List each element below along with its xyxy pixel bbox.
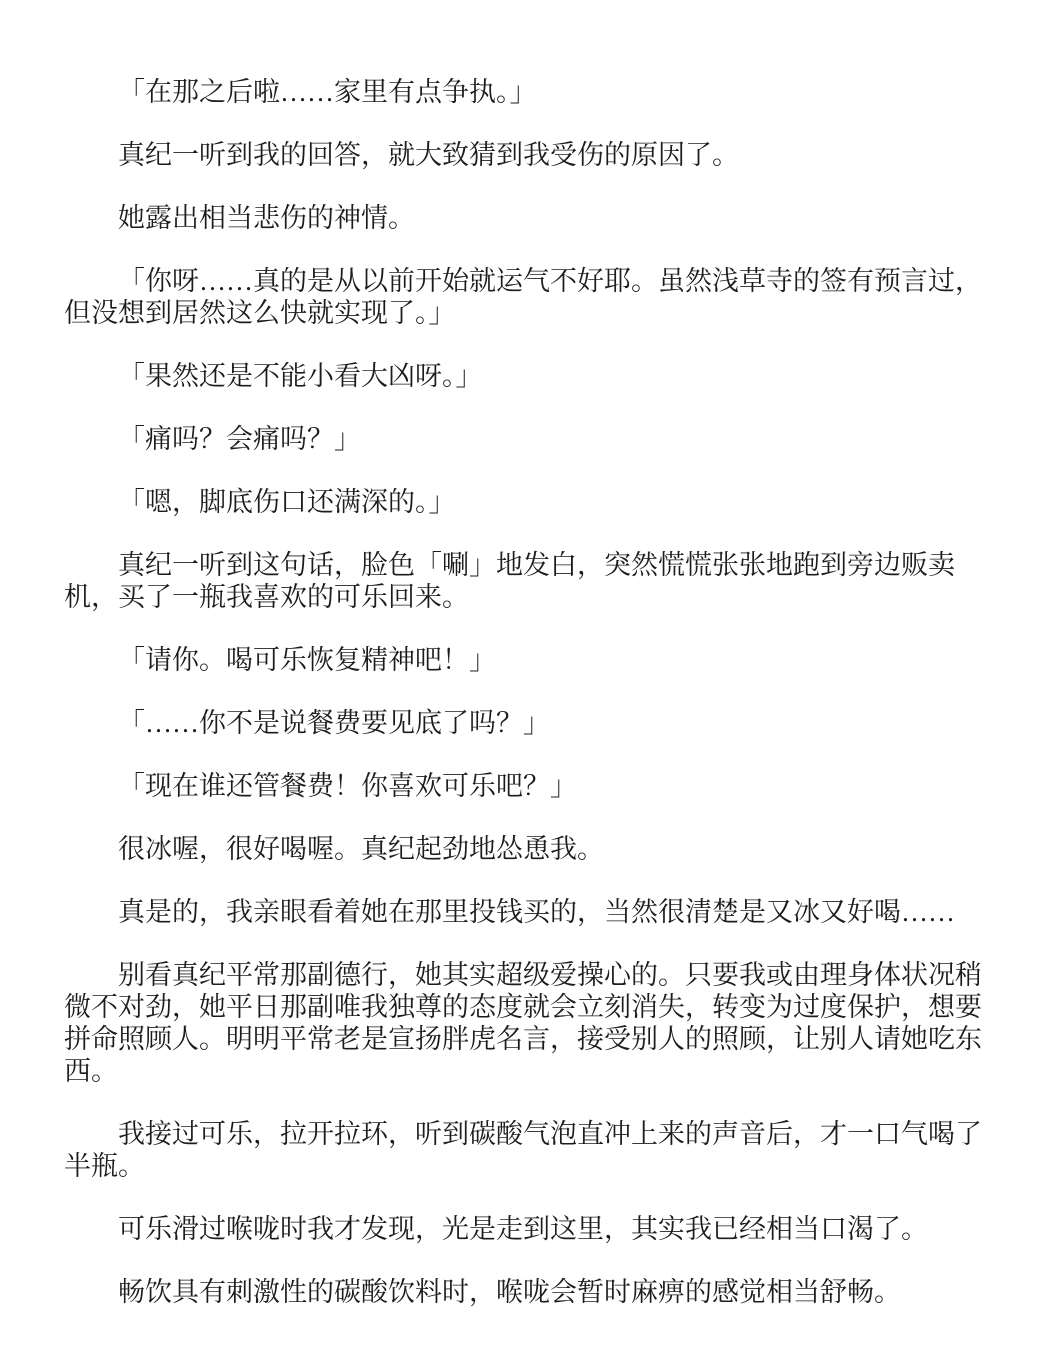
paragraph: 「果然还是不能小看大凶呀。」: [64, 360, 982, 392]
paragraph: 「在那之后啦……家里有点争执。」: [64, 76, 982, 108]
paragraph: 「现在谁还管餐费！你喜欢可乐吧？」: [64, 770, 982, 802]
paragraph: 「请你。喝可乐恢复精神吧！」: [64, 644, 982, 676]
paragraph: 我接过可乐，拉开拉环，听到碳酸气泡直冲上来的声音后，才一口气喝了半瓶。: [64, 1118, 982, 1182]
paragraph: 畅饮具有刺激性的碳酸饮料时，喉咙会暂时麻痹的感觉相当舒畅。: [64, 1276, 982, 1308]
paragraph: 真是的，我亲眼看着她在那里投钱买的，当然很清楚是又冰又好喝……: [64, 896, 982, 928]
paragraph: 「痛吗？会痛吗？」: [64, 423, 982, 455]
paragraph: 「你呀……真的是从以前开始就运气不好耶。虽然浅草寺的签有预言过，但没想到居然这么…: [64, 265, 982, 329]
paragraph: 她露出相当悲伤的神情。: [64, 202, 982, 234]
paragraph: 「……你不是说餐费要见底了吗？」: [64, 707, 982, 739]
paragraph: 真纪一听到这句话，脸色「唰」地发白，突然慌慌张张地跑到旁边贩卖机，买了一瓶我喜欢…: [64, 549, 982, 613]
paragraph: 真纪一听到我的回答，就大致猜到我受伤的原因了。: [64, 139, 982, 171]
paragraph: 别看真纪平常那副德行，她其实超级爱操心的。只要我或由理身体状况稍微不对劲，她平日…: [64, 959, 982, 1087]
novel-page: 「在那之后啦……家里有点争执。」 真纪一听到我的回答，就大致猜到我受伤的原因了。…: [0, 0, 1046, 1354]
paragraph: 「嗯，脚底伤口还满深的。」: [64, 486, 982, 518]
paragraph: 很冰喔，很好喝喔。真纪起劲地怂恿我。: [64, 833, 982, 865]
paragraph: 可乐滑过喉咙时我才发现，光是走到这里，其实我已经相当口渴了。: [64, 1213, 982, 1245]
